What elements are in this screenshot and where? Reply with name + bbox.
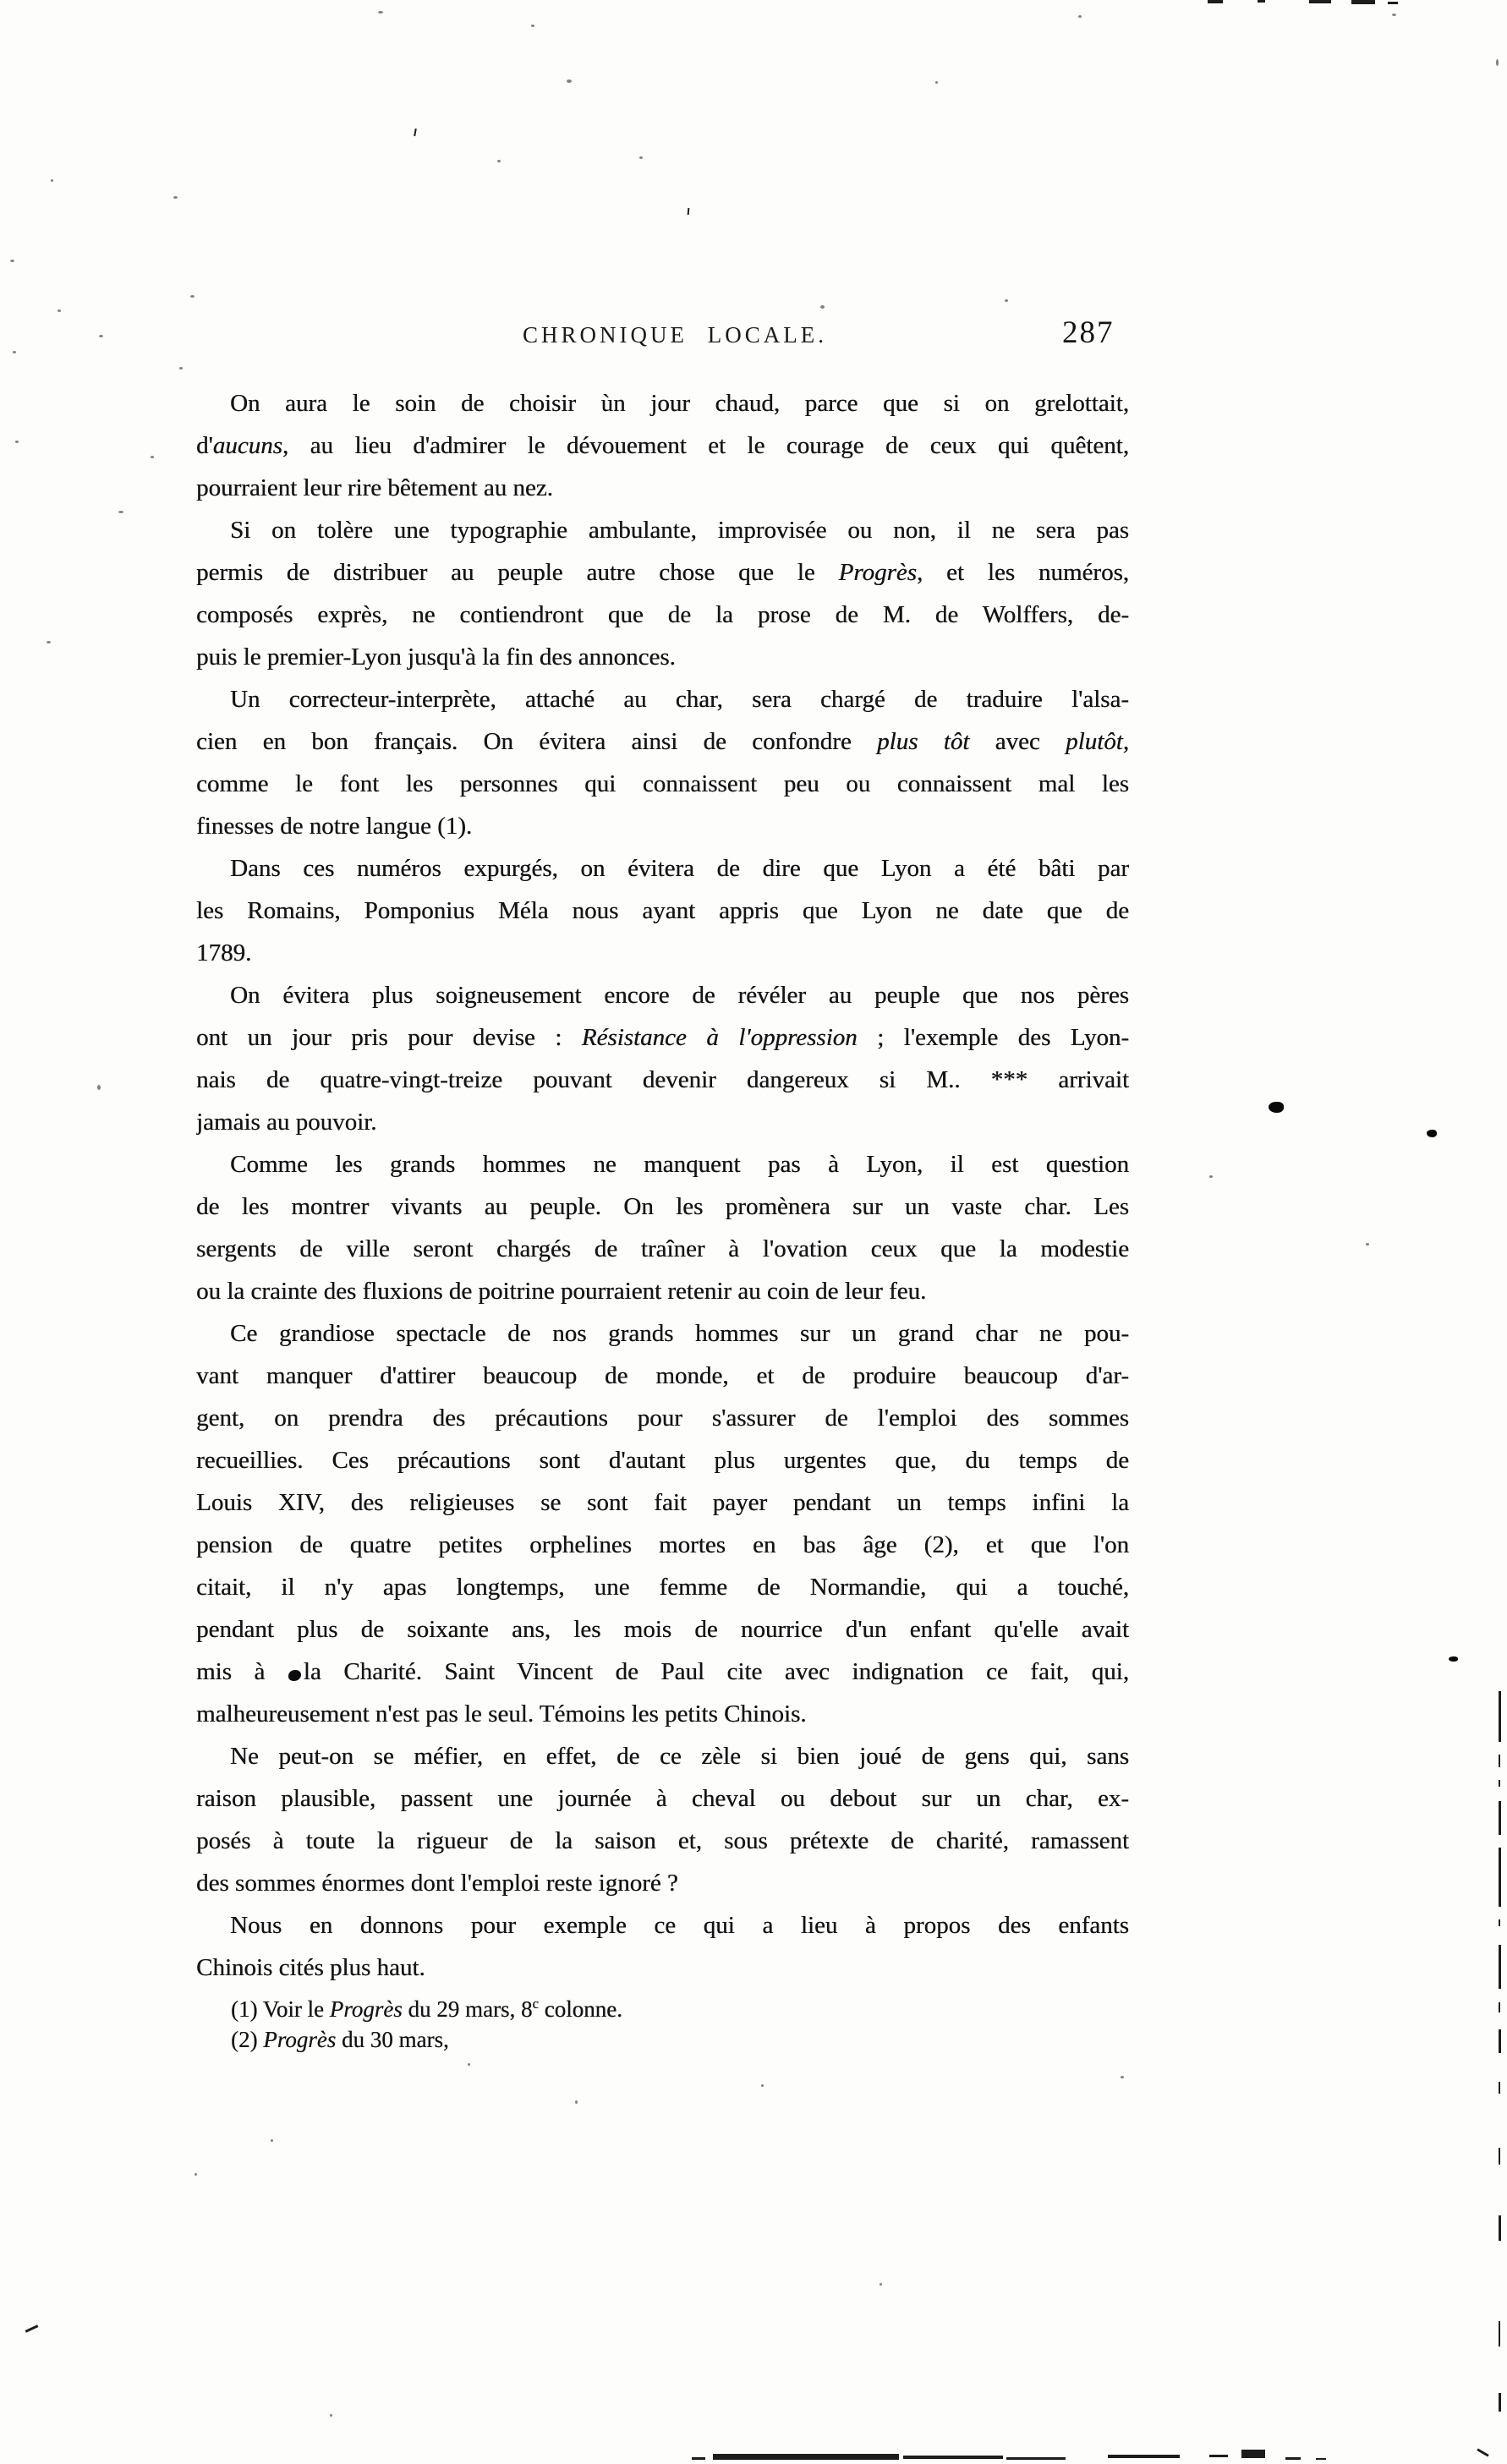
text-line: Ce grandiose spectacle de nos grands hom… xyxy=(196,1312,1129,1355)
speckle xyxy=(639,156,643,159)
speckle xyxy=(1366,1243,1369,1246)
paragraph: Ce grandiose spectacle de nos grands hom… xyxy=(196,1312,1129,1735)
page-edge-dash xyxy=(1006,2457,1066,2460)
speckle xyxy=(195,2173,197,2176)
text-line: Comme les grands hommes ne manquent pas … xyxy=(196,1143,1129,1185)
text-line: mis à la Charité. Saint Vincent de Paul … xyxy=(196,1651,1129,1693)
text-line: recueillies. Ces précautions sont d'auta… xyxy=(196,1439,1129,1481)
italic-text: plus tôt xyxy=(877,728,969,755)
speckle xyxy=(190,295,195,298)
page-edge-dash xyxy=(1316,2458,1326,2460)
paragraph: Nous en donnons pour exemple ce qui a li… xyxy=(196,1904,1129,1989)
text-segment: recueillies. Ces précautions sont d'auta… xyxy=(196,1447,1129,1474)
page-edge-line xyxy=(1499,1780,1500,1787)
italic-text: plutôt, xyxy=(1066,728,1129,755)
text-line: d'aucuns, au lieu d'admirer le dévouemen… xyxy=(196,424,1129,467)
text-segment: Ce grandiose spectacle de nos grands hom… xyxy=(230,1320,1129,1347)
text-line: vant manquer d'attirer beaucoup de monde… xyxy=(196,1355,1129,1397)
text-segment: vant manquer d'attirer beaucoup de monde… xyxy=(196,1362,1129,1389)
speckle xyxy=(173,196,178,199)
text-line: Nous en donnons pour exemple ce qui a li… xyxy=(196,1904,1129,1947)
text-line: de les montrer vivants au peuple. On les… xyxy=(196,1185,1129,1228)
text-segment: Louis XIV, des religieuses se sont fait … xyxy=(196,1489,1129,1516)
page-edge-dash xyxy=(1108,2455,1180,2458)
stray-mark xyxy=(688,208,690,215)
text-segment: ont un jour pris pour devise : xyxy=(196,1024,582,1051)
page-edge-dash xyxy=(1351,0,1375,4)
page-edge-dash xyxy=(1285,2457,1301,2460)
text-segment: sergents de ville seront chargés de traî… xyxy=(196,1235,1129,1262)
page-edge-line xyxy=(1499,2321,1500,2346)
text-segment: Chinois cités plus haut. xyxy=(196,1954,425,1981)
text-segment: On évitera plus soigneusement encore de … xyxy=(230,982,1129,1009)
text-line: raison plausible, passent une journée à … xyxy=(196,1777,1129,1820)
page-edge-dash xyxy=(1258,0,1265,3)
speckle xyxy=(99,335,103,337)
text-line: (1) Voir le Progrès du 29 mars, 8c colon… xyxy=(231,1994,1164,2024)
text-segment: malheureusement n'est pas le seul. Témoi… xyxy=(196,1700,807,1728)
text-segment: c xyxy=(532,1996,538,2012)
text-segment: ; l'exemple des Lyon- xyxy=(858,1024,1129,1051)
text-segment: raison plausible, passent une journée à … xyxy=(196,1785,1129,1812)
speckle xyxy=(15,441,19,443)
text-segment: la Charité. Saint Vincent de Paul cite a… xyxy=(304,1658,1129,1685)
speckle xyxy=(51,179,53,182)
page-edge-dash xyxy=(1209,2455,1228,2457)
text-segment: , et les numéros, xyxy=(917,559,1129,586)
speckle xyxy=(575,2100,578,2104)
text-line: des sommes énormes dont l'emploi reste i… xyxy=(196,1862,1129,1904)
text-line: 1789. xyxy=(196,932,1129,974)
text-line: posés à toute la rigueur de la saison et… xyxy=(196,1820,1129,1862)
paragraph: Comme les grands hommes ne manquent pas … xyxy=(196,1143,1129,1312)
page-edge-line xyxy=(1499,1691,1501,1742)
speckle xyxy=(118,511,123,513)
text-line: cien en bon français. On évitera ainsi d… xyxy=(196,720,1129,763)
page-edge-dash xyxy=(1388,2,1398,4)
speckle xyxy=(567,79,572,83)
speckle xyxy=(1496,59,1499,66)
italic-text: Progrès xyxy=(263,2027,336,2052)
page-edge-line xyxy=(1499,2029,1501,2053)
text-segment: ou la crainte des fluxions de poitrine p… xyxy=(196,1278,926,1305)
speckle xyxy=(1121,2076,1124,2078)
text-segment: Un correcteur-interprète, attaché au cha… xyxy=(230,686,1129,713)
speckle xyxy=(10,260,14,262)
speckle xyxy=(47,641,51,643)
text-segment: (2) xyxy=(231,2027,263,2052)
text-line: composés exprès, ne contiendront que de … xyxy=(196,594,1129,636)
text-segment: pension de quatre petites orphelines mor… xyxy=(196,1531,1129,1558)
text-line: pension de quatre petites orphelines mor… xyxy=(196,1524,1129,1566)
text-line: Chinois cités plus haut. xyxy=(196,1947,1129,1989)
text-line: Ne peut-on se méfier, en effet, de ce zè… xyxy=(196,1735,1129,1777)
text-segment: Nous en donnons pour exemple ce qui a li… xyxy=(230,1912,1129,1939)
italic-text: aucuns xyxy=(213,432,282,459)
italic-text: Progrès xyxy=(330,1996,403,2022)
stray-mark xyxy=(1477,2448,1488,2456)
page-edge-dash xyxy=(1309,0,1331,3)
page-number: 287 xyxy=(1062,315,1115,351)
text-line: Un correcteur-interprète, attaché au cha… xyxy=(196,678,1129,720)
speckle xyxy=(935,81,938,84)
text-line: On aura le soin de choisir ùn jour chaud… xyxy=(196,382,1129,424)
text-segment: Si on tolère une typographie ambulante, … xyxy=(230,517,1129,544)
paragraph: Ne peut-on se méfier, en effet, de ce zè… xyxy=(196,1735,1129,1904)
ink-blot xyxy=(288,1670,301,1681)
page-edge-line xyxy=(1499,2082,1500,2094)
text-line: malheureusement n'est pas le seul. Témoi… xyxy=(196,1693,1129,1735)
text-segment: On aura le soin de choisir ùn jour chaud… xyxy=(230,390,1129,417)
text-segment: nais de quatre-vingt-treize pouvant deve… xyxy=(196,1066,1129,1093)
speckle xyxy=(468,2063,470,2066)
text-line: permis de distribuer au peuple autre cho… xyxy=(196,551,1129,594)
page-edge-dash xyxy=(903,2456,1003,2459)
italic-text: Progrès xyxy=(839,559,917,586)
speckle xyxy=(13,351,16,353)
text-line: pendant plus de soixante ans, les mois d… xyxy=(196,1608,1129,1651)
text-segment: du 30 mars, xyxy=(336,2027,448,2052)
stray-mark xyxy=(25,2324,39,2332)
page-edge-line xyxy=(1499,1801,1501,1835)
speckle xyxy=(1078,15,1082,18)
page-edge-line xyxy=(1499,2393,1501,2412)
text-line: Louis XIV, des religieuses se sont fait … xyxy=(196,1481,1129,1524)
text-segment: cien en bon français. On évitera ainsi d… xyxy=(196,728,877,755)
speckle xyxy=(378,11,383,14)
speckle xyxy=(97,1085,101,1090)
text-segment: gent, on prendra des précautions pour s'… xyxy=(196,1404,1129,1432)
italic-text: Résistance à l'oppression xyxy=(582,1024,858,1051)
page-edge-line xyxy=(1499,1919,1500,1926)
speckle xyxy=(1209,1175,1213,1178)
page-edge-dash xyxy=(1208,0,1223,3)
page-edge-line xyxy=(1499,2148,1500,2165)
stray-mark xyxy=(414,129,417,136)
page-edge-dash xyxy=(713,2454,899,2460)
text-segment: colonne. xyxy=(539,1996,622,2022)
text-line: comme le font les personnes qui connaiss… xyxy=(196,763,1129,805)
text-line: pourraient leur rire bêtement au nez. xyxy=(196,467,1129,509)
text-segment: de les montrer vivants au peuple. On les… xyxy=(196,1193,1129,1220)
paragraph: On aura le soin de choisir ùn jour chaud… xyxy=(196,382,1129,509)
speckle xyxy=(1392,14,1396,16)
speckle xyxy=(271,2139,273,2142)
text-line: Si on tolère une typographie ambulante, … xyxy=(196,509,1129,551)
text-segment: 1789. xyxy=(196,939,251,966)
article-body: On aura le soin de choisir ùn jour chaud… xyxy=(196,382,1129,1989)
text-segment: du 29 mars, 8 xyxy=(403,1996,533,2022)
speckle xyxy=(497,160,501,162)
speckle xyxy=(58,309,61,312)
paragraph: Si on tolère une typographie ambulante, … xyxy=(196,509,1129,678)
page-edge-line xyxy=(1499,1848,1501,1907)
text-line: (2) Progrès du 30 mars, xyxy=(231,2024,1164,2055)
text-segment: des sommes énormes dont l'emploi reste i… xyxy=(196,1870,678,1897)
paragraph: On évitera plus soigneusement encore de … xyxy=(196,974,1129,1143)
ink-blot xyxy=(1427,1130,1437,1137)
text-segment: avec xyxy=(969,728,1066,755)
text-segment: composés exprès, ne contiendront que de … xyxy=(196,601,1129,628)
speckle xyxy=(179,367,183,370)
text-line: nais de quatre-vingt-treize pouvant deve… xyxy=(196,1059,1129,1101)
page-edge-line xyxy=(1499,1755,1500,1767)
speckle xyxy=(330,2414,332,2417)
text-segment: (1) Voir le xyxy=(231,1996,330,2022)
text-line: finesses de notre langue (1). xyxy=(196,805,1129,847)
text-segment: permis de distribuer au peuple autre cho… xyxy=(196,559,839,586)
speckle xyxy=(1005,299,1008,302)
text-segment: les Romains, Pomponius Méla nous ayant a… xyxy=(196,897,1129,924)
text-segment: posés à toute la rigueur de la saison et… xyxy=(196,1827,1129,1854)
ink-blot xyxy=(1269,1102,1284,1113)
text-segment: comme le font les personnes qui connaiss… xyxy=(196,770,1129,797)
text-segment: puis le premier-Lyon jusqu'à la fin des … xyxy=(196,643,676,671)
text-segment: Ne peut-on se méfier, en effet, de ce zè… xyxy=(230,1743,1129,1770)
page-edge-line xyxy=(1499,1945,1501,1989)
text-segment: pendant plus de soixante ans, les mois d… xyxy=(196,1616,1129,1643)
text-line: ou la crainte des fluxions de poitrine p… xyxy=(196,1270,1129,1312)
text-line: les Romains, Pomponius Méla nous ayant a… xyxy=(196,890,1129,932)
speckle xyxy=(761,2084,764,2087)
ink-blot xyxy=(1449,1656,1458,1662)
text-line: On évitera plus soigneusement encore de … xyxy=(196,974,1129,1016)
paragraph: Un correcteur-interprète, attaché au cha… xyxy=(196,678,1129,847)
text-segment: Comme les grands hommes ne manquent pas … xyxy=(230,1151,1129,1178)
text-line: gent, on prendra des précautions pour s'… xyxy=(196,1397,1129,1439)
page-edge-line xyxy=(1499,2215,1501,2241)
speckle xyxy=(151,456,154,458)
text-line: Dans ces numéros expurgés, on évitera de… xyxy=(196,847,1129,890)
text-segment: pourraient leur rire bêtement au nez. xyxy=(196,474,553,501)
text-segment: mis à xyxy=(196,1658,288,1685)
page-edge-dash xyxy=(692,2457,705,2460)
text-line: puis le premier-Lyon jusqu'à la fin des … xyxy=(196,636,1129,678)
page-edge-line xyxy=(1499,2002,1500,2012)
scanned-book-page: CHRONIQUE LOCALE. 287 On aura le soin de… xyxy=(0,0,1507,2464)
text-segment: citait, il n'y apas longtemps, une femme… xyxy=(196,1574,1129,1601)
text-segment: finesses de notre langue (1). xyxy=(196,813,472,840)
text-segment: , au lieu d'admirer le dévouement et le … xyxy=(282,432,1129,459)
text-segment: Dans ces numéros expurgés, on évitera de… xyxy=(230,855,1129,882)
text-line: citait, il n'y apas longtemps, une femme… xyxy=(196,1566,1129,1608)
footnotes: (1) Voir le Progrès du 29 mars, 8c colon… xyxy=(196,1994,1164,2055)
speckle xyxy=(531,25,534,27)
text-segment: d' xyxy=(196,432,213,459)
page-edge-dash xyxy=(1241,2450,1265,2458)
text-line: sergents de ville seront chargés de traî… xyxy=(196,1228,1129,1270)
text-segment: jamais au pouvoir. xyxy=(196,1109,376,1136)
text-line: ont un jour pris pour devise : Résistanc… xyxy=(196,1016,1129,1059)
running-title: CHRONIQUE LOCALE. xyxy=(523,322,827,348)
paragraph: Dans ces numéros expurgés, on évitera de… xyxy=(196,847,1129,974)
speckle xyxy=(820,305,825,309)
speckle xyxy=(880,2283,882,2286)
text-line: jamais au pouvoir. xyxy=(196,1101,1129,1143)
